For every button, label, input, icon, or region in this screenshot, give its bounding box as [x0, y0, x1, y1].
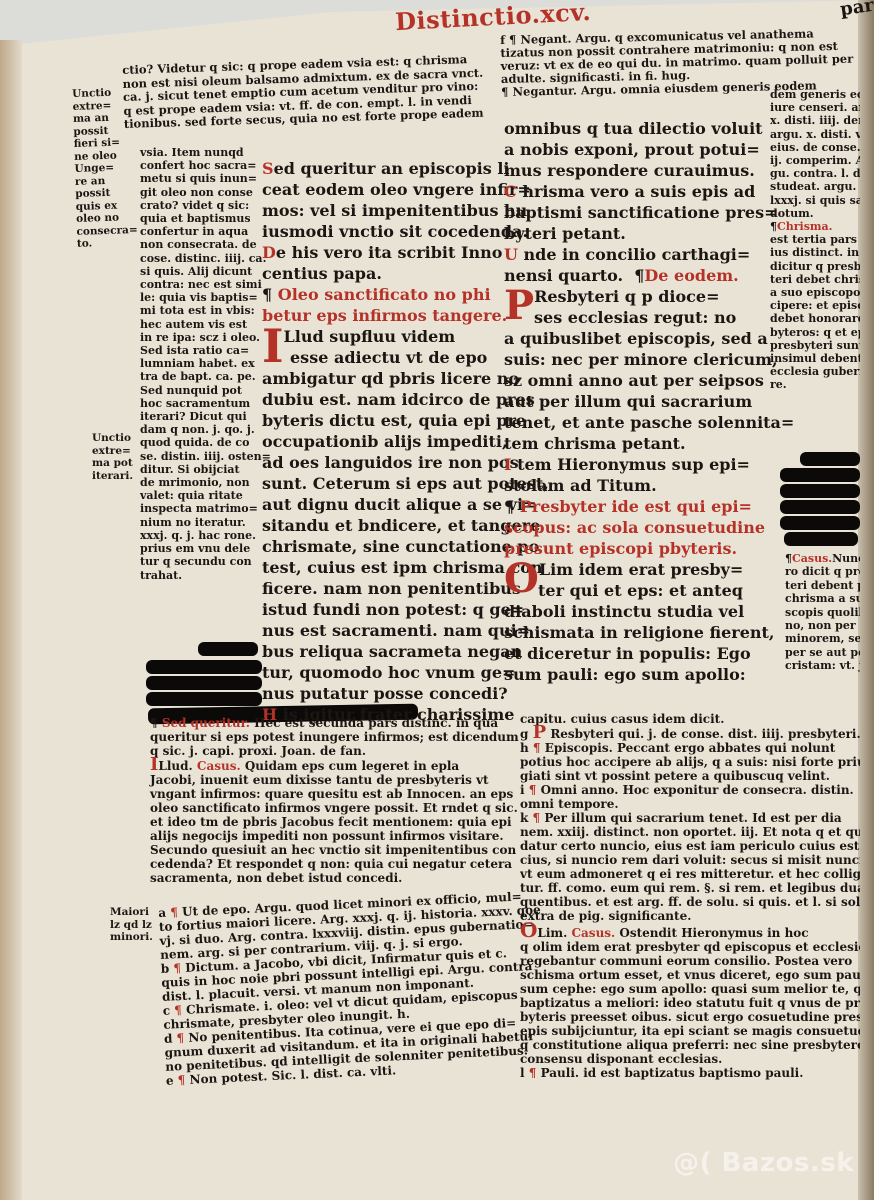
- side-note-line: to.: [77, 236, 139, 250]
- gloss-line: argu. x. disti. v. ad: [770, 128, 860, 141]
- gloss-line: si quis. Alij dicunt: [140, 265, 271, 278]
- gloss-line: ecclesia guberna: [770, 365, 860, 378]
- note-mark: i: [520, 783, 525, 797]
- gloss-line: debet honorare pre: [770, 312, 860, 325]
- bottom-gloss-notes: a ¶ Ut de epo. Argu. quod licet minori e…: [158, 889, 548, 1088]
- note-mark: g: [520, 727, 528, 741]
- note-mark: h: [520, 741, 529, 755]
- text-span: Resbyteri qui. j. de conse. dist. iiij. …: [550, 727, 860, 741]
- gloss-line: cristam: vt. j. de: [785, 659, 860, 672]
- gloss-line: schisma ortum esset, et vnus diceret, eg…: [520, 968, 860, 982]
- gloss-line: xxxj. q. j. hac rone.: [140, 529, 271, 542]
- gloss-line: datur certo nuncio, eius est iam pericul…: [520, 839, 860, 853]
- gloss-line: ¶Chrisma.: [770, 220, 860, 233]
- gloss-line: baptizatus a meliori: ideo statutu fuit …: [520, 996, 860, 1010]
- gloss-line: quod quida. de co: [140, 436, 271, 449]
- text-span: tem Hieronymus sup epi=: [517, 455, 750, 474]
- rubric-text: Casus.: [197, 759, 241, 773]
- pilcrow-icon: ¶: [634, 266, 644, 285]
- gloss-line: hoc sacramentum: [140, 397, 271, 410]
- text-span: Episcopis. Peccant ergo abbates qui nolu…: [545, 741, 836, 755]
- text-line: tem chrisma petant.: [504, 433, 794, 454]
- text-line: mus respondere curauimus.: [504, 160, 794, 181]
- text-line: nus putatur posse concedi?: [262, 683, 549, 704]
- text-span: Llud.: [158, 759, 192, 773]
- far-right-gloss: dem generis eodem iure censeri. argu. x.…: [770, 88, 860, 392]
- red-initial-I: I: [262, 326, 284, 366]
- pilcrow-icon: ¶: [504, 497, 520, 516]
- gloss-line: studeat. argu. di: [770, 180, 860, 193]
- text-span: ed queritur an episcopis li: [274, 159, 510, 178]
- gloss-line: epis subijciuntur, ita epi sciant se mag…: [520, 1024, 860, 1038]
- red-initial-P: P: [504, 286, 534, 326]
- red-initial: I: [504, 455, 511, 474]
- gloss-line: cedenda? Et respondet q non: quia cui ne…: [150, 857, 519, 871]
- gloss-line: x. disti. iiij. denique: [770, 114, 860, 127]
- text-line: baptismi sanctificatione pres=: [504, 202, 794, 223]
- text-span: Nunc: [832, 552, 860, 565]
- gloss-line: ro dicit q pres: [785, 565, 860, 578]
- gloss-line: cose. distinc. iiij. ca.: [140, 252, 271, 265]
- side-note-line: Maiori: [110, 906, 153, 919]
- pilcrow-icon: ¶: [176, 1031, 184, 1045]
- text-line: stolam ad Titum.: [504, 475, 794, 496]
- rubric-line: ¶ Presbyter ide est qui epi=: [504, 496, 794, 517]
- text-line: nensi quarto. ¶De eodem.: [504, 265, 794, 286]
- gloss-line: non consecrata. de: [140, 238, 271, 251]
- note-mark: c: [162, 1004, 170, 1018]
- marginal-note-maiori: Maiori lz qd lz minori.: [110, 906, 153, 944]
- rubric-line: presunt episcopi pbyteris.: [504, 538, 794, 559]
- redaction-bar: [780, 468, 860, 482]
- gloss-line: valet: quia ritate: [140, 489, 271, 502]
- gloss-note: g P Resbyteri qui. j. de conse. dist. ii…: [520, 726, 860, 741]
- text-span: Hec est secunda pars distinc. in qua: [254, 716, 498, 730]
- bottom-gloss-right: capitu. cuius casus idem dicit. g P Resb…: [520, 712, 860, 1080]
- gloss-line: tur. ff. como. eum qui rem. §. si rem. e…: [520, 881, 860, 895]
- gloss-line: a suo episcopo re: [770, 286, 860, 299]
- gloss-line: cipere: et episco: [770, 299, 860, 312]
- gloss-line: byteris preesset oibus. sicut ergo cosue…: [520, 1010, 860, 1024]
- gloss-line: iterari? Dicut qui: [140, 410, 271, 423]
- gloss-line: confert hoc sacra=: [140, 159, 271, 172]
- pilcrow-icon: ¶: [529, 1066, 537, 1080]
- gloss-line: crato? videt q sic:: [140, 199, 271, 212]
- gloss-line: gu. contra. l. disti: [770, 167, 860, 180]
- redaction-bar: [780, 484, 860, 498]
- gloss-line: in re ipa: scz i oleo.: [140, 331, 271, 344]
- text-line: a quibuslibet episcopis, sed a: [504, 328, 794, 349]
- gloss-line: extra de pig. significante.: [520, 909, 860, 923]
- gloss-line: regebantur communi eorum consilio. Poste…: [520, 954, 860, 968]
- text-span: Quidam eps cum legeret in epla: [245, 759, 459, 773]
- gloss-line: git oleo non conse: [140, 186, 271, 199]
- gloss-note: i ¶ Omni anno. Hoc exponitur de consecra…: [520, 783, 860, 797]
- pilcrow-icon: ¶: [262, 285, 278, 304]
- bottom-gloss-left: ¶ Sed queritur. Hec est secunda pars dis…: [150, 716, 519, 885]
- text-line: tenet, et ante pasche solennita=: [504, 412, 794, 433]
- page-edge: [0, 40, 22, 1200]
- gloss-line: ditur. Si obijciat: [140, 463, 271, 476]
- text-span: Omni anno. Hoc exponitur de consecra. di…: [541, 783, 854, 797]
- gloss-line: quia et baptismus: [140, 212, 271, 225]
- gloss-note: OLim. Casus. Ostendit Hieronymus in hoc: [520, 923, 860, 940]
- note-mark: e: [166, 1073, 174, 1087]
- gloss-line: alijs negocijs impediti non possunt infi…: [150, 829, 519, 843]
- pilcrow-icon: ¶: [770, 220, 777, 233]
- gloss-line: trahat.: [140, 569, 271, 582]
- redaction-bar: [146, 692, 262, 706]
- gloss-line: prius em vnu dele: [140, 542, 271, 555]
- gloss-line: ius distinct. in q: [770, 246, 860, 259]
- text-span: Lim idem erat presby=: [539, 560, 743, 579]
- gloss-line: lumniam habet. ex: [140, 357, 271, 370]
- gloss-line: sacramenta, non debet istud concedi.: [150, 871, 519, 885]
- gloss-line: vt eum admoneret q ei res mitteretur. et…: [520, 867, 860, 881]
- red-initial: S: [262, 159, 274, 178]
- gloss-note: h ¶ Episcopis. Peccant ergo abbates qui …: [520, 741, 860, 755]
- gloss-line: tur q secundu con: [140, 555, 271, 568]
- side-note-line: consecra=: [76, 224, 138, 238]
- left-gloss-column: vsia. Item nunqd confert hoc sacra= metu…: [140, 146, 271, 582]
- side-note-line: iterari.: [92, 470, 133, 483]
- text-line: C hrisma vero a suis epis ad: [504, 181, 794, 202]
- watermark: @( Bazos.sk: [673, 1148, 854, 1178]
- gloss-line: de mrimonio, non: [140, 476, 271, 489]
- gloss-line: confertur in aqua: [140, 225, 271, 238]
- text-line: U nde in concilio carthagi=: [504, 244, 794, 265]
- gloss-line: Secundo quesiuit an hec vnctio sit impen…: [150, 843, 519, 857]
- gloss-line: byteros: q et ep: [770, 326, 860, 339]
- gloss-line: dotum.: [770, 207, 860, 220]
- text-span: Lim.: [537, 926, 567, 940]
- gloss-line: re.: [770, 378, 860, 391]
- gloss-line: oleo sanctificato infirmos vngere possit…: [150, 801, 519, 815]
- side-note-line: Unctio: [92, 432, 133, 445]
- pilcrow-icon: ¶: [173, 961, 181, 975]
- text-line: aut per illum qui sacrarium: [504, 391, 794, 412]
- red-initial: C: [504, 182, 517, 201]
- gloss-line: giati sint vt possint petere a quibuscuq…: [520, 769, 860, 783]
- text-span: e his vero ita scribit Inno: [276, 243, 503, 262]
- pilcrow-icon: ¶: [150, 716, 162, 730]
- gloss-line: no, non per clericum: [785, 619, 860, 632]
- gloss-line: iure censeri. argu.: [770, 101, 860, 114]
- text-line: ses ecclesias regut: no: [504, 307, 794, 328]
- gloss-line: chrisma a suis: [785, 592, 860, 605]
- pilcrow-icon: ¶: [177, 1073, 185, 1087]
- redaction-bar: [198, 642, 258, 656]
- text-line: sum pauli: ego sum apollo:: [504, 664, 794, 685]
- text-span: Resbyteri q p dioce=: [534, 287, 719, 306]
- pilcrow-icon: ¶: [785, 552, 792, 565]
- gloss-line: teri debent pet: [785, 579, 860, 592]
- red-initial-O: O: [504, 559, 539, 599]
- gloss-note: k ¶ Per illum qui sacrarium tenet. Id es…: [520, 811, 860, 825]
- gloss-line: le: quia vis baptis=: [140, 291, 271, 304]
- gloss-line: cius, si nuncio rem dari voluit: secus s…: [520, 853, 860, 867]
- pilcrow-icon: ¶: [170, 905, 178, 919]
- gloss-line: ij. comperim. Ar: [770, 154, 860, 167]
- note-mark: k: [520, 811, 528, 825]
- gloss-line: ¶ Sed queritur. Hec est secunda pars dis…: [150, 716, 519, 730]
- text-line: a nobis exponi, prout potui=: [504, 139, 794, 160]
- note-mark: b: [161, 962, 170, 976]
- redaction-bar: [780, 500, 860, 514]
- redaction-bar: [146, 676, 262, 690]
- gloss-line: quentibus. et est arg. ff. de solu. si q…: [520, 895, 860, 909]
- gloss-line: q sic. j. capi. proxi. Joan. de fan.: [150, 744, 519, 758]
- gloss-line: insimul debent: [770, 352, 860, 365]
- top-gloss-left: ctio? Videtur q sic: q prope eadem vsia …: [122, 53, 485, 132]
- redaction-bar: [784, 532, 858, 546]
- gloss-line: inspecta matrimo=: [140, 502, 271, 515]
- gloss-line: contra: nec est simi: [140, 278, 271, 291]
- gloss-line: nem. xxiij. distinct. non oportet. iij. …: [520, 825, 860, 839]
- redaction-bar: [146, 660, 262, 674]
- gloss-line: se. distin. iiij. osten=: [140, 450, 271, 463]
- gloss-line: Sed nunquid pot: [140, 384, 271, 397]
- note-mark: a: [158, 906, 166, 920]
- text-span: Pauli. id est baptizatus baptismo pauli.: [541, 1066, 804, 1080]
- gloss-line: Sed ista ratio ca=: [140, 344, 271, 357]
- rubric-text: Sed queritur.: [162, 716, 250, 730]
- gloss-line: potius hoc accipere ab alijs, q a suis: …: [520, 755, 860, 769]
- text-line: omnibus q tua dilectio voluit: [504, 118, 794, 139]
- gloss-line: dam q non. j. qo. j.: [140, 423, 271, 436]
- rubric-text: De eodem.: [644, 266, 738, 285]
- red-initial-O: O: [520, 918, 537, 942]
- redaction-bar: [780, 516, 860, 530]
- gloss-line: ¶Casus.Nunc: [785, 552, 860, 565]
- side-note-line: lz qd lz: [110, 919, 153, 932]
- text-line: ter qui et eps: et anteq: [504, 580, 794, 601]
- gloss-line: tra de bapt. ca. pe.: [140, 370, 271, 383]
- gloss-line: minorem, sed: [785, 632, 860, 645]
- gloss-line: Jacobi, inuenit eum dixisse tantu de pre…: [150, 773, 519, 787]
- gloss-line: presbyteri sunt: [770, 339, 860, 352]
- gloss-line: hec autem vis est: [140, 318, 271, 331]
- side-note-line: minori.: [110, 931, 153, 944]
- gloss-line: eius. de conse. dis: [770, 141, 860, 154]
- text-line: schismata in religione fierent,: [504, 622, 794, 643]
- text-span: Per illum qui sacrarium tenet. Id est pe…: [544, 811, 841, 825]
- gloss-line: q constitutione aliqua preferri: nec sin…: [520, 1038, 860, 1052]
- text-line: sz omni anno aut per seipsos: [504, 370, 794, 391]
- gloss-line: per se aut per: [785, 646, 860, 659]
- text-span: Ostendit Hieronymus in hoc: [619, 926, 808, 940]
- rubric-text: Casus.: [571, 926, 615, 940]
- text-span: hrisma vero a suis epis ad: [522, 182, 755, 201]
- note-mark: d: [164, 1031, 173, 1045]
- marginal-note-iterari: Unctio extre= ma pot iterari.: [92, 432, 133, 482]
- text-line: suis: nec per minore clericum,: [504, 349, 794, 370]
- pilcrow-icon: ¶: [174, 1003, 182, 1017]
- side-note-line: extre=: [92, 445, 133, 458]
- gloss-line: vsia. Item nunqd: [140, 146, 271, 159]
- main-text-right: omnibus q tua dilectio voluit a nobis ex…: [504, 118, 794, 685]
- gloss-line: vngant infirmos: quare quesitu est ab In…: [150, 787, 519, 801]
- gloss-line: omni tempore.: [520, 797, 860, 811]
- pilcrow-icon: ¶: [533, 741, 541, 755]
- pilcrow-icon: ¶: [529, 783, 537, 797]
- far-right-casus: ¶Casus.Nunc ro dicit q pres teri debent …: [785, 552, 860, 673]
- rubric-text: Chrisma.: [777, 220, 833, 233]
- gloss-note: l ¶ Pauli. id est baptizatus baptismo pa…: [520, 1066, 860, 1080]
- text-line: I tem Hieronymus sup epi=: [504, 454, 794, 475]
- gloss-line: nium no iteratur.: [140, 516, 271, 529]
- gloss-line: est tertia pars hu: [770, 233, 860, 246]
- redaction-bar: [800, 452, 860, 466]
- gloss-line: metu si quis inun=: [140, 172, 271, 185]
- gloss-line: ILlud. Casus. Quidam eps cum legeret in …: [150, 758, 519, 773]
- rubric-line: scopus: ac sola consuetudine: [504, 517, 794, 538]
- gloss-line: mi tota est in vbis:: [140, 304, 271, 317]
- gloss-line: scopis quolibet: [785, 606, 860, 619]
- gloss-line: q olim idem erat presbyter qd episcopus …: [520, 940, 860, 954]
- text-line: diaboli instinctu studia vel: [504, 601, 794, 622]
- gloss-line: lxxxj. si quis sacer: [770, 194, 860, 207]
- text-span: nde in concilio carthagi=: [524, 245, 751, 264]
- gloss-line: et ideo tm de pbris Jacobus fecit mentio…: [150, 815, 519, 829]
- gloss-line: queritur si eps potest inungere infirmos…: [150, 730, 519, 744]
- gloss-line: capitu. cuius casus idem dicit.: [520, 712, 860, 726]
- note-mark: l: [520, 1066, 525, 1080]
- pilcrow-icon: ¶: [533, 811, 541, 825]
- gloss-line: dicitur q presb: [770, 260, 860, 273]
- book-spine: [858, 0, 874, 1200]
- rubric-text: Casus.: [792, 552, 832, 565]
- red-initial: D: [262, 243, 276, 262]
- gloss-line: teri debet chris: [770, 273, 860, 286]
- gloss-line: consensu disponant ecclesias.: [520, 1052, 860, 1066]
- text-line: et diceretur in populis: Ego: [504, 643, 794, 664]
- gloss-line: dem generis eodem: [770, 88, 860, 101]
- text-span: Llud supfluu videm: [284, 327, 456, 346]
- side-note-line: ma pot: [92, 457, 133, 470]
- gloss-line: sum cephe: ego sum apollo: quasi sum mel…: [520, 982, 860, 996]
- red-initial: U: [504, 245, 518, 264]
- red-initial-P: P: [533, 722, 547, 743]
- rubric-text: Presbyter ide est qui epi=: [520, 497, 752, 516]
- rubric-text: Oleo sanctificato no phi: [278, 285, 491, 304]
- text-line: byteri petant.: [504, 223, 794, 244]
